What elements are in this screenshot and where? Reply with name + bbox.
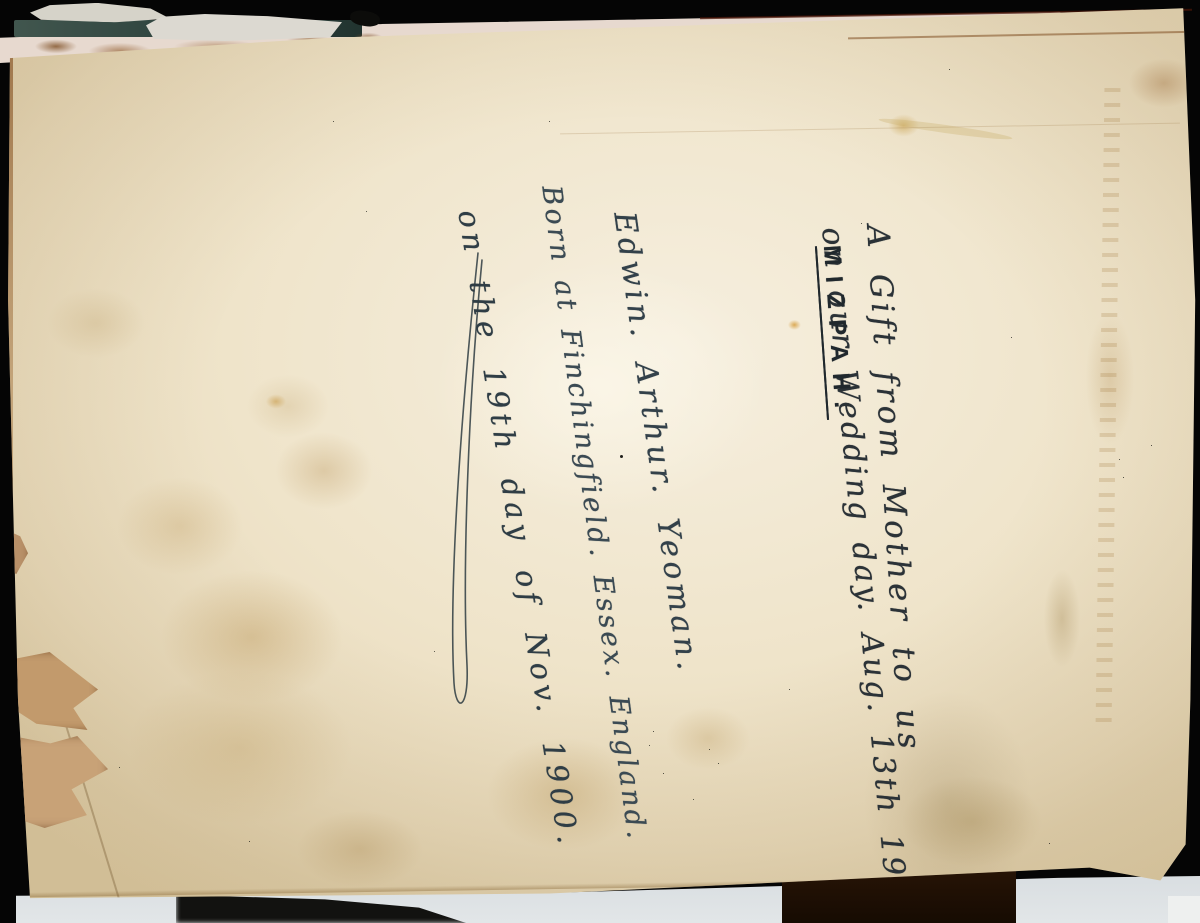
book-page: A Gift from Mother to us on our Wedding … (0, 0, 1200, 923)
ink-speckles (0, 0, 3, 3)
page-inscription: A Gift from Mother to us on our Wedding … (0, 0, 1200, 923)
pen-flourish (428, 235, 508, 735)
photo-background: A Gift from Mother to us on our Wedding … (0, 0, 1200, 923)
white-card-bottom-right (1168, 896, 1200, 923)
torn-paper-flap-top-center (146, 14, 342, 41)
inscription-line-name: Edwin. Arthur. Yeoman. (608, 210, 703, 675)
